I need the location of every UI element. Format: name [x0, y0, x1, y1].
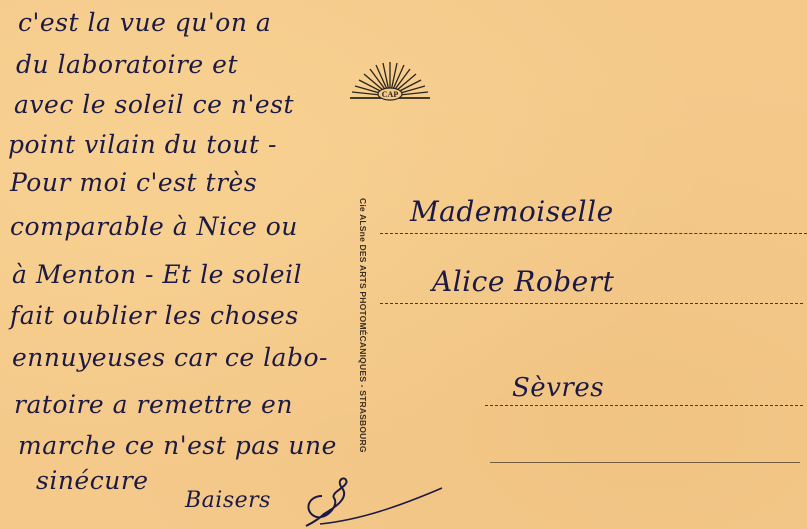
signature-flourish	[300, 476, 445, 529]
message-line: sinécure	[36, 468, 149, 493]
address-line-1	[380, 233, 807, 234]
message-line: point vilain du tout -	[8, 132, 277, 157]
address-line-4	[490, 462, 800, 463]
message-line: c'est la vue qu'on a	[18, 10, 271, 35]
message-line: du laboratoire et	[16, 52, 238, 77]
address-salutation: Mademoiselle	[410, 198, 614, 226]
address-city: Sèvres	[512, 375, 604, 401]
message-line: à Menton - Et le soleil	[12, 262, 302, 287]
logo-monogram: CAP	[382, 90, 399, 99]
rising-sun-logo-icon: CAP	[348, 58, 432, 104]
message-line: avec le soleil ce n'est	[14, 92, 294, 117]
message-line: marche ce n'est pas une	[18, 433, 337, 458]
message-line: fait oublier les choses	[10, 303, 299, 328]
message-line: Pour moi c'est très	[10, 170, 257, 195]
message-line: ratoire a remettre en	[14, 392, 293, 417]
address-name: Alice Robert	[432, 268, 614, 296]
message-line: ennuyeuses car ce labo-	[12, 345, 328, 370]
message-line: comparable à Nice ou	[10, 214, 298, 239]
closing-text: Baisers	[185, 490, 271, 512]
address-line-2	[380, 303, 803, 304]
address-line-3	[485, 405, 803, 406]
postcard-back: c'est la vue qu'on a du laboratoire et a…	[0, 0, 807, 529]
printer-imprint: Cie ALSne DES ARTS PHOTOMÉCANIQUES - STR…	[358, 198, 368, 453]
